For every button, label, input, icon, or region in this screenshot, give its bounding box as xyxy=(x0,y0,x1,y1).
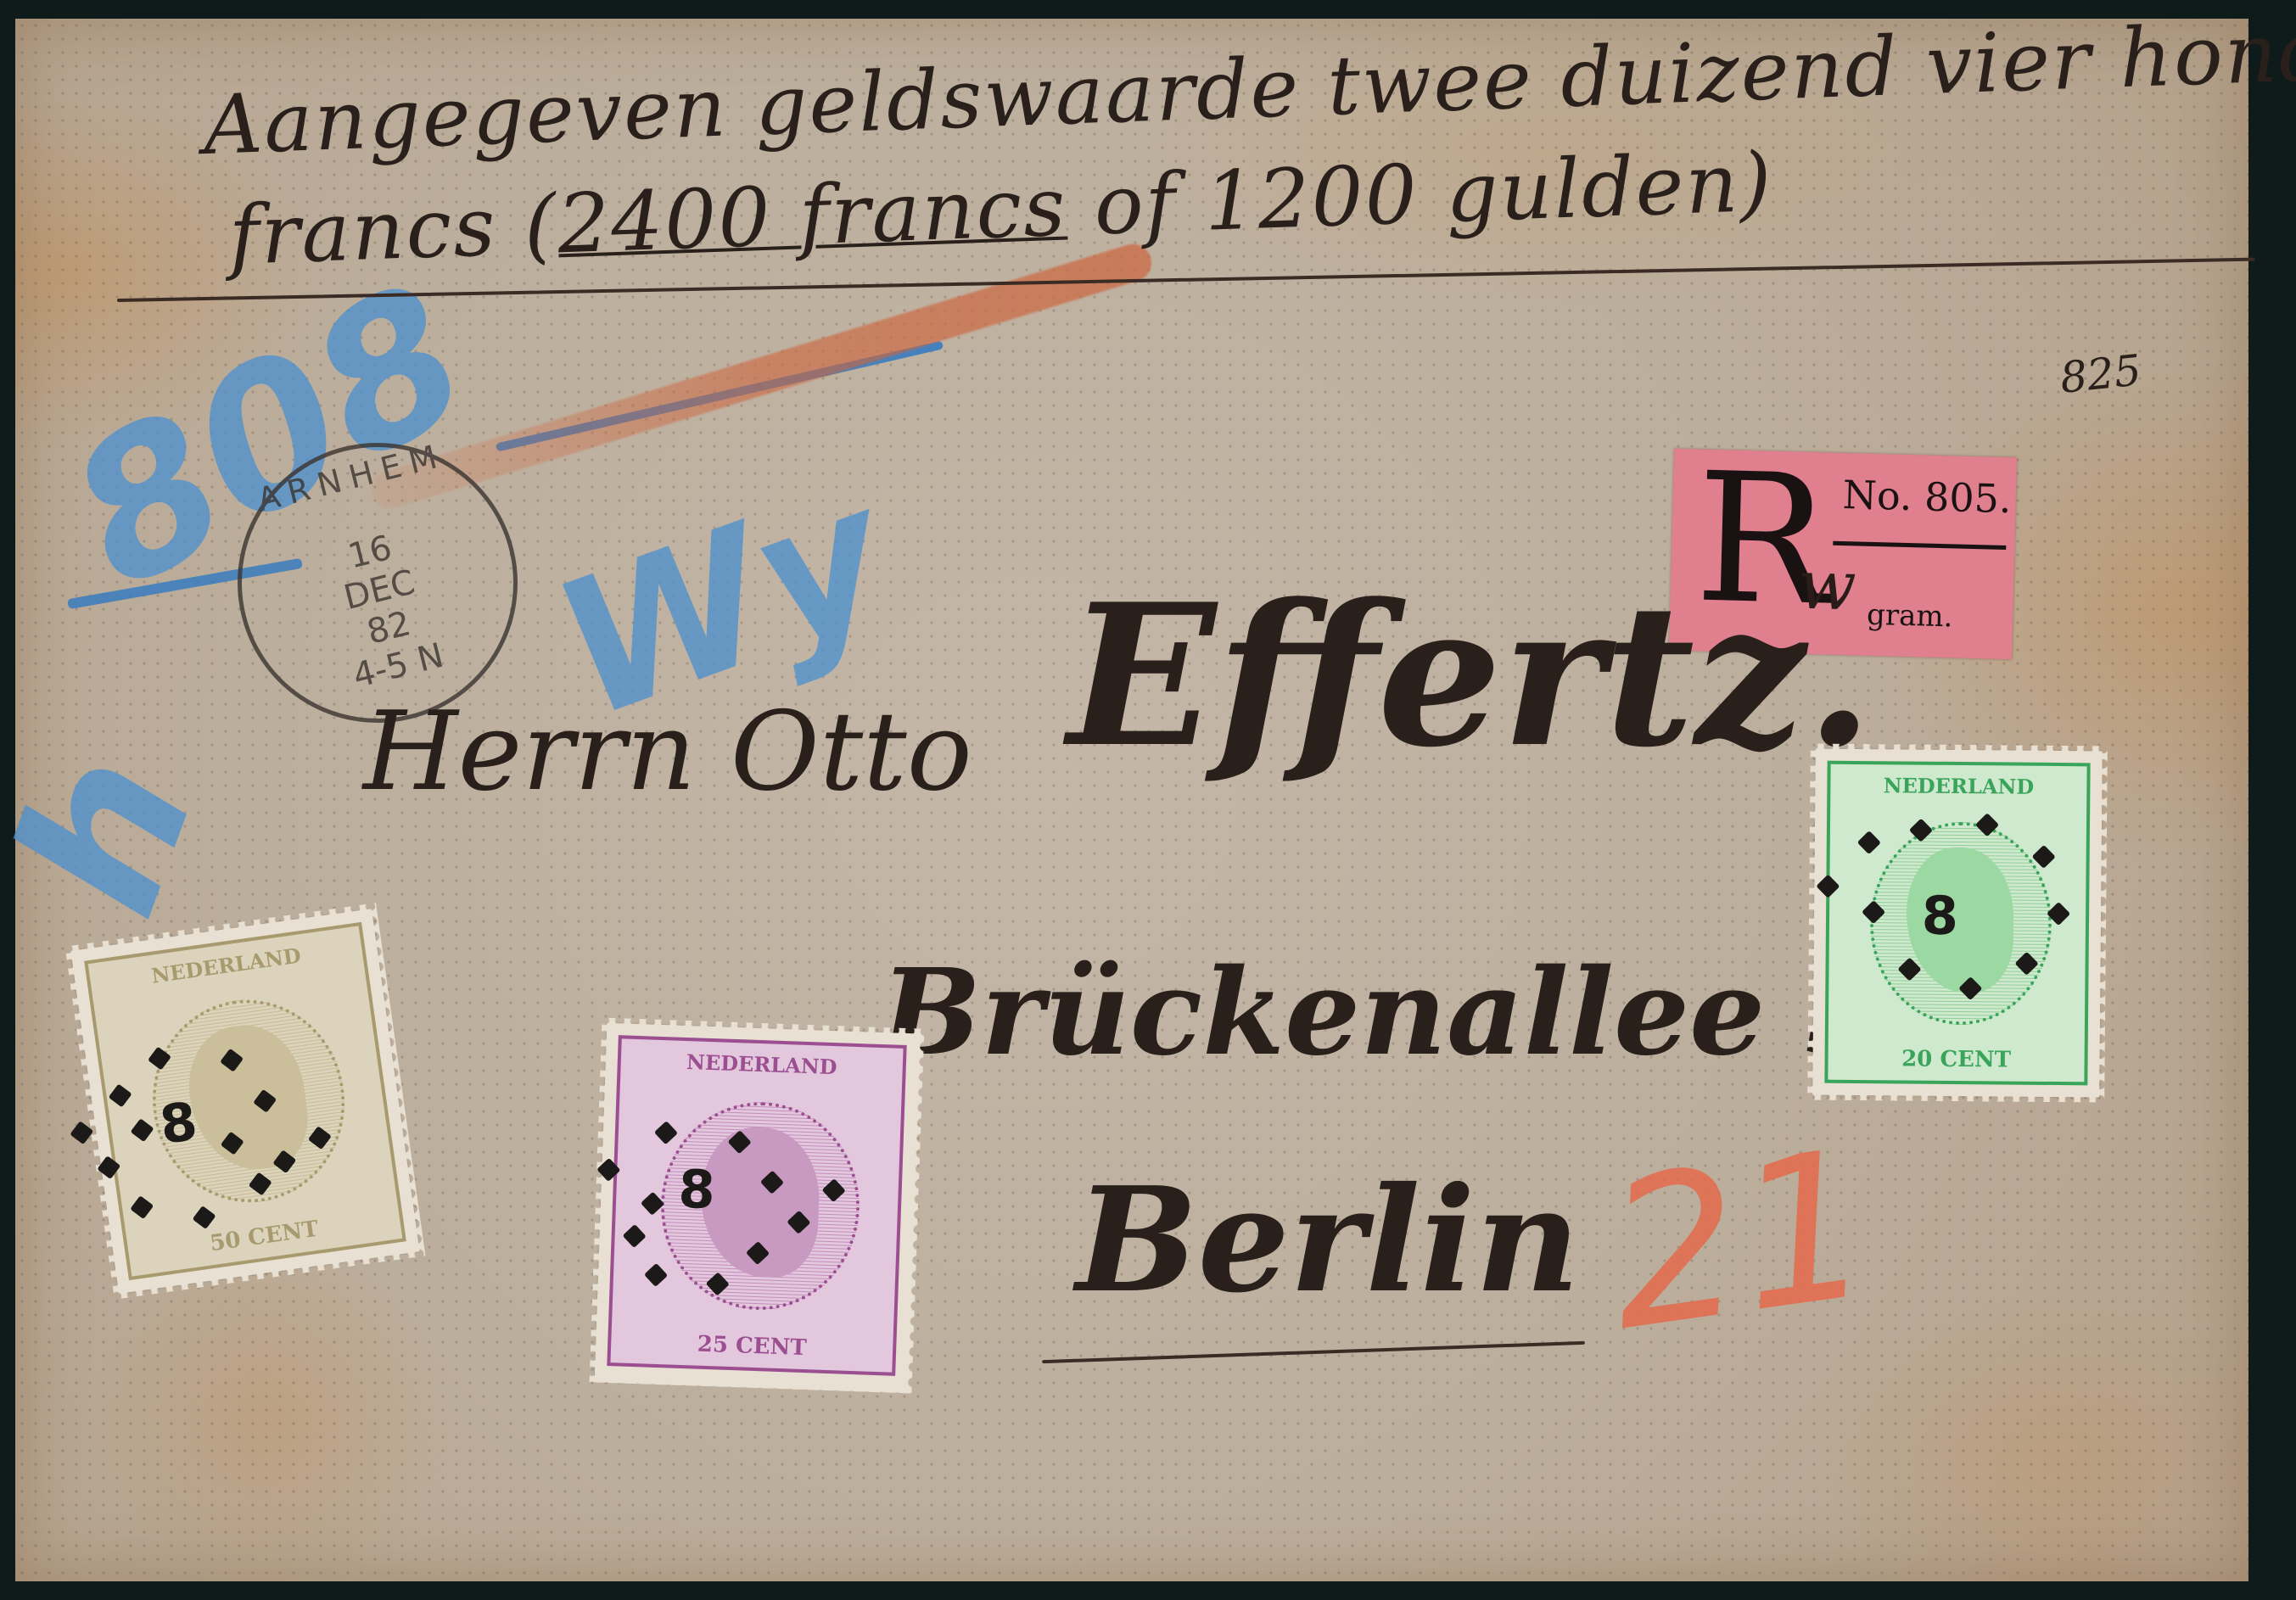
stamp-50-cent: NEDERLAND 50 CENT 8 xyxy=(70,909,419,1294)
cancel-dot xyxy=(253,1088,277,1112)
cancel-dot xyxy=(130,1119,154,1143)
cancel-dot xyxy=(596,1158,620,1182)
cancel-dot xyxy=(746,1241,770,1265)
numeral-cancel: 8 xyxy=(610,1038,903,1372)
cancel-dot xyxy=(1958,976,1982,1000)
addressee-surname: Effertz. xyxy=(1067,562,1873,791)
registration-divider xyxy=(1833,541,2006,550)
declared-value-line-1: Aangegeven geldswaarde twee duizend vier… xyxy=(202,0,2296,173)
city-underline xyxy=(1042,1341,1585,1363)
declared-value-prefix: francs ( xyxy=(227,176,559,283)
cancel-dot xyxy=(109,1083,132,1107)
cancel-dot xyxy=(97,1155,120,1179)
red-crayon-number: 21 xyxy=(1595,1105,1884,1376)
cancel-dot xyxy=(1897,957,1921,981)
declared-value-amount: 2400 francs xyxy=(556,159,1068,272)
cancel-dot xyxy=(2015,952,2039,976)
numeral-cancel: 8 xyxy=(1828,764,2086,1083)
stamp-25-cent: NEDERLAND 25 CENT 8 xyxy=(595,1023,919,1389)
cancel-number: 8 xyxy=(1921,885,1958,947)
cancel-dot xyxy=(623,1223,647,1247)
envelope: 808 Wy h Aangegeven geldswaarde twee dui… xyxy=(15,19,2248,1581)
pencil-note: 825 xyxy=(2058,345,2143,403)
cancel-dot xyxy=(2047,902,2070,926)
cancel-dot xyxy=(654,1121,678,1144)
cancel-dot xyxy=(1857,831,1881,854)
cancel-dot xyxy=(70,1121,93,1144)
cancel-dot xyxy=(1862,900,1885,924)
cancel-dot xyxy=(148,1046,171,1070)
address-city: Berlin xyxy=(1076,1155,1580,1325)
stamp-design: NEDERLAND 50 CENT 8 xyxy=(84,922,406,1280)
cancel-dot xyxy=(644,1263,668,1287)
numeral-cancel: 8 xyxy=(88,926,403,1276)
cancel-dot xyxy=(641,1192,664,1216)
cancel-dot xyxy=(759,1170,783,1194)
cancel-dot xyxy=(787,1210,810,1234)
cancel-dot xyxy=(727,1130,751,1154)
registration-number: No. 805. xyxy=(1842,472,2012,522)
cancel-dot xyxy=(705,1272,729,1295)
cancel-dot xyxy=(248,1172,272,1196)
registration-weight-label: gram. xyxy=(1867,598,1953,635)
cancel-dot xyxy=(1908,818,1932,842)
cancel-dot xyxy=(821,1178,845,1202)
cancel-dot xyxy=(192,1206,216,1229)
cancel-dot xyxy=(130,1195,154,1219)
cancel-dot xyxy=(220,1049,244,1072)
cancel-dot xyxy=(1816,874,1840,898)
cancel-dot xyxy=(1975,813,1999,836)
cancel-number: 8 xyxy=(677,1157,716,1220)
stamp-design: NEDERLAND 20 CENT 8 xyxy=(1824,761,2090,1086)
cancel-dot xyxy=(2031,844,2055,868)
blue-crayon-scribble: h xyxy=(0,724,241,942)
stamp-20-cent: NEDERLAND 20 CENT 8 xyxy=(1812,749,2103,1098)
postmark-date: 16 DEC 82 4-5 N xyxy=(233,501,535,718)
declared-value-suffix: of 1200 gulden) xyxy=(1065,134,1774,254)
cancel-dot xyxy=(272,1150,296,1173)
cancel-dot xyxy=(221,1132,244,1155)
cancel-dot xyxy=(308,1126,332,1150)
cancel-number: 8 xyxy=(156,1089,201,1155)
addressee-title: Herrn Otto xyxy=(363,689,972,815)
stamp-design: NEDERLAND 25 CENT 8 xyxy=(607,1035,906,1376)
